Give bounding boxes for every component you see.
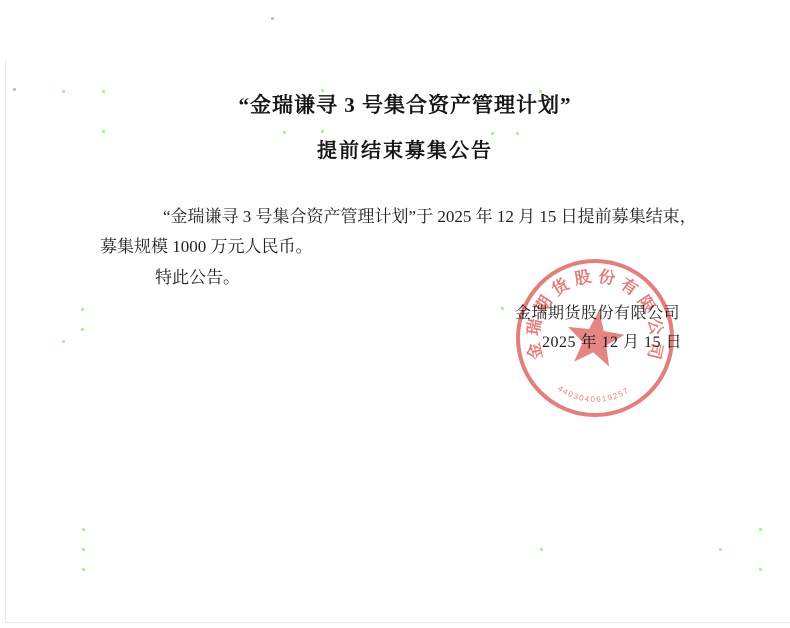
scan-artifact-dot	[62, 340, 65, 343]
scan-artifact-dot	[271, 17, 274, 20]
scan-artifact-dot	[491, 132, 494, 135]
scan-artifact-dot	[719, 548, 722, 551]
doc-title-line-1: “金瑞谦寻 3 号集合资产管理计划”	[20, 93, 790, 117]
scan-artifact-dot	[82, 528, 85, 531]
seal-serial-number: 4403040619257	[556, 384, 630, 404]
svg-text:4403040619257: 4403040619257	[556, 384, 630, 404]
scan-artifact-dot	[759, 528, 762, 531]
scan-artifact-dot	[81, 308, 84, 311]
scan-artifact-dot	[321, 130, 324, 133]
page-edge-left	[5, 60, 6, 622]
scan-artifact-dot	[540, 548, 543, 551]
scan-artifact-dot	[321, 89, 324, 92]
announcement-body-line-3: 特此公告。	[155, 268, 240, 288]
announcement-body-line-2: 募集规模 1000 万元人民币。	[100, 237, 313, 257]
page-edge-bottom	[5, 622, 790, 623]
scan-artifact-dot	[81, 328, 84, 331]
doc-title-line-2: 提前结束募集公告	[20, 140, 790, 163]
scan-artifact-dot	[82, 568, 85, 571]
signature-company: 金瑞期货股份有限公司	[515, 305, 680, 323]
scan-artifact-dot	[13, 88, 16, 91]
scanned-document-page: “金瑞谦寻 3 号集合资产管理计划” 提前结束募集公告 “金瑞谦寻 3 号集合资…	[0, 0, 790, 628]
scan-artifact-dot	[501, 307, 504, 310]
scan-artifact-dot	[759, 568, 762, 571]
scan-artifact-dot	[82, 548, 85, 551]
scan-artifact-dot	[516, 132, 519, 135]
announcement-body-line-1: “金瑞谦寻 3 号集合资产管理计划”于 2025 年 12 月 15 日提前募集…	[163, 207, 697, 227]
scan-artifact-dot	[283, 131, 286, 134]
scan-artifact-dot	[102, 130, 105, 133]
signature-date: 2025 年 12 月 15 日	[542, 334, 682, 352]
